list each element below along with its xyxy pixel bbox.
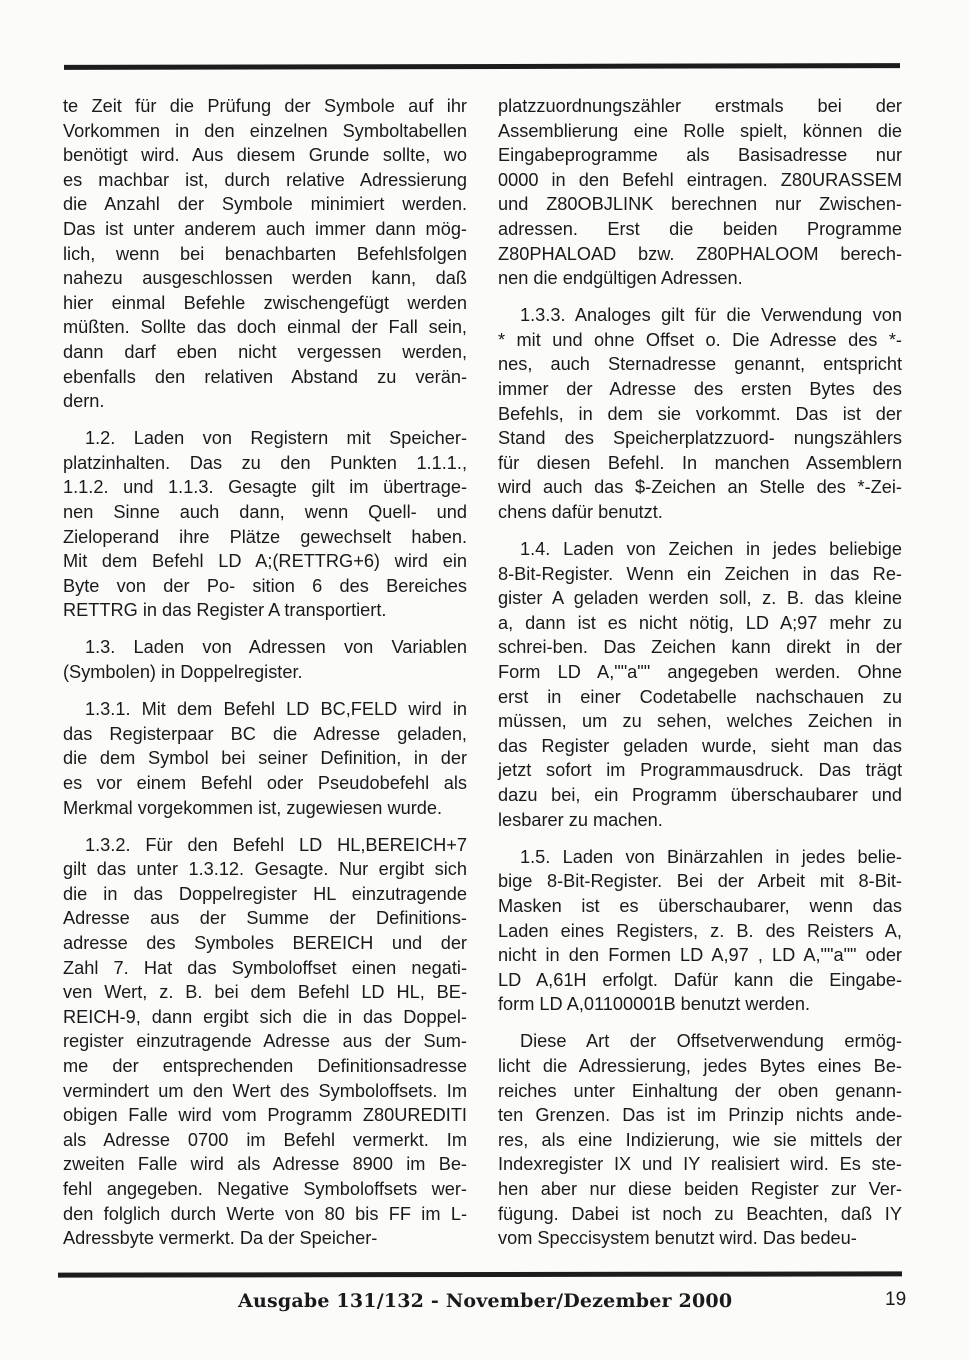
text-line: das Register geladen wurde, sieht man da… xyxy=(498,734,902,759)
text-line: Assemblierung eine Rolle spielt, können … xyxy=(498,119,902,144)
text-line: den folglich durch Werte von 80 bis FF i… xyxy=(63,1202,467,1227)
text-line: platzinhalten. Das zu den Punkten 1.1.1.… xyxy=(63,451,467,476)
text-line: adressen. Erst die beiden Programme xyxy=(498,217,902,242)
text-line: 1.3.3. Analoges gilt für die Verwendung … xyxy=(498,303,902,328)
header-rule xyxy=(64,63,900,70)
text-line: zweiten Falle wird als Adresse 8900 im B… xyxy=(63,1152,467,1177)
text-line: vom Speccisystem benutzt wird. Das bedeu… xyxy=(498,1226,902,1251)
text-line: gister A geladen werden soll, z. B. das … xyxy=(498,586,902,611)
text-line: chens dafür benutzt. xyxy=(498,500,902,525)
paragraph: Diese Art der Offsetverwendung ermög-lic… xyxy=(498,1029,902,1250)
text-line: immer der Adresse des ersten Bytes des xyxy=(498,377,902,402)
text-line: wird auch das $-Zeichen an Stelle des *-… xyxy=(498,475,902,500)
text-line: nen Sinne auch dann, wenn Quell- und xyxy=(63,500,467,525)
text-line: 1.3. Laden von Adressen von Variablen xyxy=(63,635,467,660)
text-line: Z80PHALOAD bzw. Z80PHALOOM berech- xyxy=(498,242,902,267)
text-line: ten Grenzen. Das ist im Prinzip nichts a… xyxy=(498,1103,902,1128)
text-line: Form LD A,""a"" angegeben werden. Ohne xyxy=(498,660,902,685)
text-line: Indexregister IX und IY realisiert wird.… xyxy=(498,1152,902,1177)
text-line: Adressbyte vermerkt. Da der Speicher- xyxy=(63,1226,467,1251)
text-line: als Adresse 0700 im Befehl vermerkt. Im xyxy=(63,1128,467,1153)
page-number: 19 xyxy=(885,1289,906,1311)
text-line: vermindert um den Wert des Symboloffsets… xyxy=(63,1079,467,1104)
text-line: Adresse aus der Summe der Definitions- xyxy=(63,906,467,931)
text-line: licht die Adressierung, jedes Bytes eine… xyxy=(498,1054,902,1079)
paragraph: 1.5. Laden von Binärzahlen in jedes beli… xyxy=(498,845,902,1017)
text-line: es vor einem Befehl oder Pseudobefehl al… xyxy=(63,771,467,796)
text-line: dann darf eben nicht vergessen werden, xyxy=(63,340,467,365)
right-column: platzzuordnungszähler erstmals bei derAs… xyxy=(498,94,902,1263)
text-line: 1.2. Laden von Registern mit Speicher- xyxy=(63,426,467,451)
text-line: nicht in den Formen LD A,97 , LD A,""a""… xyxy=(498,943,902,968)
text-line: für diesen Befehl. In manchen Assemblern xyxy=(498,451,902,476)
text-line: die in das Doppelregister HL einzutragen… xyxy=(63,882,467,907)
text-line: dazu bei, ein Programm überschaubarer un… xyxy=(498,783,902,808)
text-line: platzzuordnungszähler erstmals bei der xyxy=(498,94,902,119)
text-line: Masken ist es überschaubarer, wenn das xyxy=(498,894,902,919)
text-line: LD A,61H erfolgt. Dafür kann die Eingabe… xyxy=(498,968,902,993)
paragraph: 1.3.1. Mit dem Befehl LD BC,FELD wird in… xyxy=(63,697,467,820)
paragraph: 1.3.3. Analoges gilt für die Verwendung … xyxy=(498,303,902,524)
text-line: a, dann ist es nicht nötig, LD A;97 mehr… xyxy=(498,611,902,636)
paragraph: 1.2. Laden von Registern mit Speicher-pl… xyxy=(63,426,467,623)
text-line: 1.1.2. und 1.1.3. Gesagte gilt im übertr… xyxy=(63,475,467,500)
text-line: register einzutragende Adresse aus der S… xyxy=(63,1029,467,1054)
text-line: Eingabeprogramme als Basisadresse nur xyxy=(498,143,902,168)
text-line: die dem Symbol bei seiner Definition, in… xyxy=(63,746,467,771)
text-line: hier einmal Befehle zwischengefügt werde… xyxy=(63,291,467,316)
text-line: nen die endgültigen Adressen. xyxy=(498,266,902,291)
text-line: Befehls, in dem sie vorkommt. Das ist de… xyxy=(498,402,902,427)
paragraph: 1.4. Laden von Zeichen in jedes beliebig… xyxy=(498,537,902,832)
text-line: 1.3.2. Für den Befehl LD HL,BEREICH+7 xyxy=(63,833,467,858)
text-line: fehl angegeben. Negative Symboloffsets w… xyxy=(63,1177,467,1202)
text-line: das Registerpaar BC die Adresse geladen, xyxy=(63,722,467,747)
footer-rule xyxy=(58,1271,902,1277)
text-line: nes, auch Sternadresse genannt, entspric… xyxy=(498,352,902,377)
text-line: es machbar ist, durch relative Adressier… xyxy=(63,168,467,193)
footer-issue-title: Ausgabe 131/132 - November/Dezember 2000 xyxy=(238,1290,732,1312)
text-line: Vorkommen in den einzelnen Symboltabelle… xyxy=(63,119,467,144)
text-line: form LD A,01100001B benutzt werden. xyxy=(498,992,902,1017)
text-line: obigen Falle wird vom Programm Z80UREDIT… xyxy=(63,1103,467,1128)
text-line: gilt das unter 1.3.12. Gesagte. Nur ergi… xyxy=(63,857,467,882)
text-line: erst in einer Codetabelle nachschauen zu xyxy=(498,685,902,710)
left-column: te Zeit für die Prüfung der Symbole auf … xyxy=(63,94,467,1263)
text-line: müßten. Sollte das doch einmal der Fall … xyxy=(63,315,467,340)
text-line: 1.5. Laden von Binärzahlen in jedes beli… xyxy=(498,845,902,870)
text-line: te Zeit für die Prüfung der Symbole auf … xyxy=(63,94,467,119)
text-line: müssen, um zu sehen, welches Zeichen in xyxy=(498,709,902,734)
paragraph: te Zeit für die Prüfung der Symbole auf … xyxy=(63,94,467,414)
text-line: 0000 in den Befehl eintragen. Z80URASSEM xyxy=(498,168,902,193)
text-line: ebenfalls den relativen Abstand zu verän… xyxy=(63,365,467,390)
text-line: Merkmal vorgekommen ist, zugewiesen wurd… xyxy=(63,796,467,821)
text-line: Zahl 7. Hat das Symboloffset einen negat… xyxy=(63,956,467,981)
text-line: 1.3.1. Mit dem Befehl LD BC,FELD wird in xyxy=(63,697,467,722)
text-line: Byte von der Po- sition 6 des Bereiches xyxy=(63,574,467,599)
paragraph: 1.3.2. Für den Befehl LD HL,BEREICH+7gil… xyxy=(63,833,467,1251)
text-line: Stand des Speicherplatzzuord- nungszähle… xyxy=(498,426,902,451)
text-line: Laden eines Registers, z. B. des Reister… xyxy=(498,919,902,944)
text-line: jetzt sofort im Programmausdruck. Das tr… xyxy=(498,758,902,783)
text-line: res, als eine Indizierung, wie sie mitte… xyxy=(498,1128,902,1153)
text-line: Mit dem Befehl LD A;(RETTRG+6) wird ein xyxy=(63,549,467,574)
text-line: und Z80OBJLINK berechnen nur Zwischen- xyxy=(498,192,902,217)
text-line: benötigt wird. Aus diesem Grunde sollte,… xyxy=(63,143,467,168)
text-line: 1.4. Laden von Zeichen in jedes beliebig… xyxy=(498,537,902,562)
text-line: lesbarer zu machen. xyxy=(498,808,902,833)
text-line: Das ist unter anderem auch immer dann mö… xyxy=(63,217,467,242)
text-line: RETTRG in das Register A transportiert. xyxy=(63,598,467,623)
text-line: * mit und ohne Offset o. Die Adresse des… xyxy=(498,328,902,353)
text-line: me der entsprechenden Definitionsadresse xyxy=(63,1054,467,1079)
text-line: fügung. Dabei ist noch zu Beachten, daß … xyxy=(498,1202,902,1227)
text-line: ven Wert, z. B. bei dem Befehl LD HL, BE… xyxy=(63,980,467,1005)
text-line: 8-Bit-Register. Wenn ein Zeichen in das … xyxy=(498,562,902,587)
text-line: Zieloperand ihre Plätze gewechselt haben… xyxy=(63,525,467,550)
text-line: REICH-9, dann ergibt sich die in das Dop… xyxy=(63,1005,467,1030)
text-line: Diese Art der Offsetverwendung ermög- xyxy=(498,1029,902,1054)
paragraph: platzzuordnungszähler erstmals bei derAs… xyxy=(498,94,902,291)
text-line: lich, wenn bei benachbarten Befehlsfolge… xyxy=(63,242,467,267)
text-line: schrei-ben. Das Zeichen kann direkt in d… xyxy=(498,635,902,660)
text-line: hen aber nur diese beiden Register zur V… xyxy=(498,1177,902,1202)
text-line: die Anzahl der Symbole minimiert werden. xyxy=(63,192,467,217)
text-line: nahezu ausgeschlossen werden kann, daß xyxy=(63,266,467,291)
text-line: dern. xyxy=(63,389,467,414)
text-line: (Symbolen) in Doppelregister. xyxy=(63,660,467,685)
text-line: bige 8-Bit-Register. Bei der Arbeit mit … xyxy=(498,869,902,894)
text-line: reiches unter Einhaltung der oben genann… xyxy=(498,1079,902,1104)
text-line: adresse des Symboles BEREICH und der xyxy=(63,931,467,956)
paragraph: 1.3. Laden von Adressen von Variablen(Sy… xyxy=(63,635,467,684)
